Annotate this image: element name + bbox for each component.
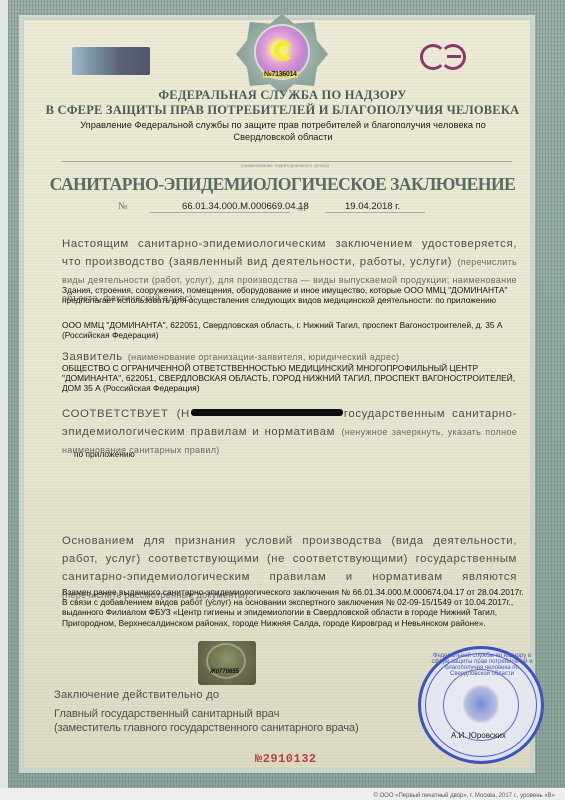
agency-name-line1: ФЕДЕРАЛЬНАЯ СЛУЖБА ПО НАДЗОРУ xyxy=(30,88,535,103)
document-title: САНИТАРНО-ЭПИДЕМИОЛОГИЧЕСКОЕ ЗАКЛЮЧЕНИЕ xyxy=(30,174,535,195)
applicant-label: Заявитель xyxy=(62,351,123,363)
compliance-struck-prefix: (Н xyxy=(177,408,190,420)
hologram-strip-icon xyxy=(72,47,150,75)
department-caption: (наименование территориального органа) xyxy=(60,163,510,168)
applicant-value: ОБЩЕСТВО С ОГРАНИЧЕННОЙ ОТВЕТСТВЕННОСТЬЮ… xyxy=(62,363,524,394)
emblem-g-glyph-icon xyxy=(274,41,294,61)
compliance-status: СООТВЕТСТВУЕТ xyxy=(62,408,168,420)
se-logo-icon xyxy=(420,44,468,70)
agency-name-line2: В СФЕРЕ ЗАЩИТЫ ПРАВ ПОТРЕБИТЕЛЕЙ И БЛАГО… xyxy=(30,103,535,118)
number-label: № xyxy=(118,201,128,212)
department-name: Управление Федеральной службы по защите … xyxy=(58,119,508,143)
bottom-hologram-serial: Ж0770655 xyxy=(210,669,239,675)
bottom-hologram-icon: Ж0770655 xyxy=(198,641,256,685)
department-rule xyxy=(62,161,512,162)
emblem-serial: №7136014 xyxy=(263,71,298,78)
date-label: от xyxy=(298,203,306,213)
signature: А.И. Юровских xyxy=(451,731,506,740)
coat-of-arms-icon xyxy=(463,685,499,723)
compliance-text-2: эпидемиологическим правилам и нормативам xyxy=(62,426,335,438)
certificate-number: 66.01.34.000.М.000669.04.18 xyxy=(150,201,290,213)
official-seal-icon: Федеральной службы по надзору в сфере за… xyxy=(418,646,544,764)
activity-description: Здания, строения, сооружения, помещения,… xyxy=(62,285,524,305)
page-margin: © ООО «Первый печатный двор», г. Москва,… xyxy=(0,788,565,800)
deputy-doctor-title: (заместитель главного государственного с… xyxy=(54,722,358,734)
form-serial-number: №2910132 xyxy=(255,752,317,766)
valid-until-label: Заключение действительно до xyxy=(54,689,219,701)
certificate-date: 19.04.2018 г. xyxy=(325,201,425,213)
certifies-text: Настоящим санитарно-эпидемиологическим з… xyxy=(62,238,517,268)
strikethrough-redaction xyxy=(191,409,343,416)
compliance-typed: по приложению xyxy=(74,449,536,459)
se-logo-bar xyxy=(447,55,461,58)
chief-doctor-title: Главный государственный санитарный врач xyxy=(54,708,279,720)
basis-text: Основанием для признания условий произво… xyxy=(62,535,517,583)
applicant-caption: (наименование организации-заявителя, юри… xyxy=(128,352,399,362)
facility-address: ООО ММЦ "ДОМИНАНТА", 622051, Свердловска… xyxy=(62,320,524,340)
compliance-text-1: государственным санитарно- xyxy=(344,408,517,420)
printer-imprint: © ООО «Первый печатный двор», г. Москва,… xyxy=(373,793,555,799)
basis-documents: Взамен ранее выданного санитарно-эпидеми… xyxy=(62,587,524,628)
emblem-hologram-icon: №7136014 xyxy=(236,14,328,94)
